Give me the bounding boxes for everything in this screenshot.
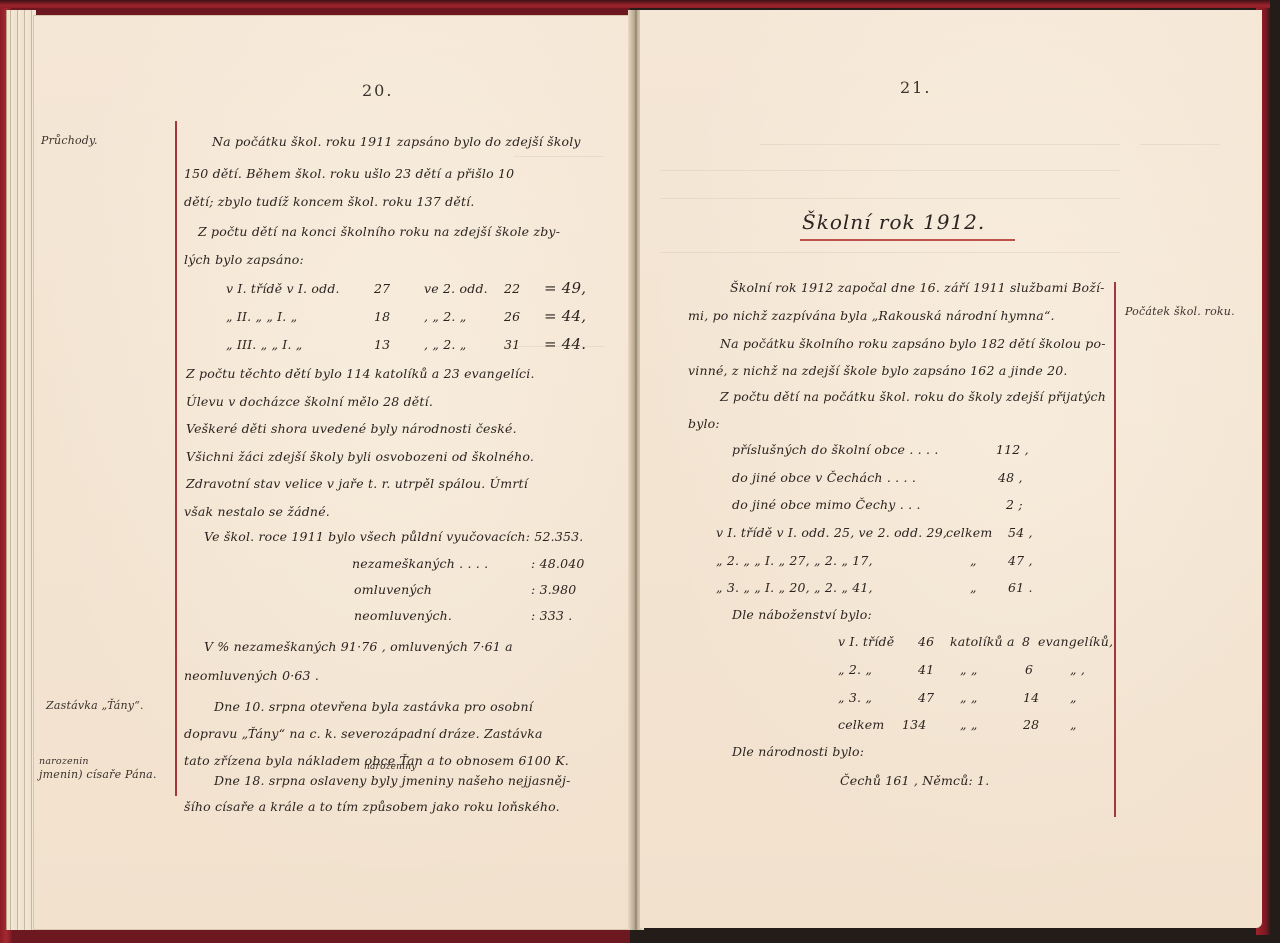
bleed-through: [1140, 144, 1220, 145]
table-cell: = 44.: [544, 335, 586, 353]
text-line: lých bylo zapsáno:: [184, 252, 304, 267]
religion-catholic-label: „ „: [960, 662, 978, 677]
religion-evangelic-label: „: [1070, 717, 1077, 732]
margin-note: Průchody.: [41, 134, 98, 147]
margin-note: jmenin) císaře Pána.: [39, 768, 157, 781]
religion-evangelic-label: „: [1070, 690, 1077, 705]
class-row-label: v I. třídě v I. odd. 25, ve 2. odd. 29,: [716, 525, 947, 540]
attendance-value: : 48.040: [531, 556, 585, 571]
margin-note: Zastávka „Ťány“.: [46, 699, 144, 712]
origin-label: do jiné obce v Čechách . . . .: [732, 470, 916, 485]
origin-label: do jiné obce mimo Čechy . . .: [732, 497, 921, 512]
table-cell: „ II. „ „ I. „: [226, 309, 297, 324]
class-row-total: 54 ,: [1008, 525, 1033, 540]
table-cell: v I. třídě v I. odd.: [226, 281, 340, 296]
text-line: Ve škol. roce 1911 bylo všech půldní vyu…: [204, 529, 583, 544]
class-row-total-label: celkem: [946, 525, 992, 540]
origin-label: příslušných do školní obce . . . .: [732, 442, 939, 457]
text-line: dětí; zbylo tudíž koncem škol. roku 137 …: [184, 194, 475, 209]
text-line: dopravu „Ťány“ na c. k. severozápadní dr…: [184, 726, 543, 741]
right-page: 21. Školní rok 1912. Počátek škol. roku.…: [640, 10, 1262, 928]
page-number: 20.: [362, 81, 393, 100]
attendance-label: nezameškaných . . . .: [352, 556, 488, 571]
margin-note-correction: narozenin: [39, 756, 89, 767]
religion-catholic: 46: [918, 634, 934, 649]
class-row-label: „ 3. „ „ I. „ 20, „ 2. „ 41,: [716, 580, 873, 595]
religion-evangelic-label: „ ,: [1070, 662, 1085, 677]
religion-evangelic: 8: [1022, 634, 1030, 649]
text-line: Školní rok 1912 započal dne 16. září 191…: [730, 280, 1105, 295]
text-line: Dne 10. srpna otevřena byla zastávka pro…: [214, 699, 533, 714]
class-row-total: 47 ,: [1008, 553, 1033, 568]
book-cover-top: [0, 0, 1270, 8]
class-row-total-label: „: [970, 553, 977, 568]
table-cell: 18: [374, 309, 390, 324]
text-line: Na počátku školního roku zapsáno bylo 18…: [720, 336, 1106, 351]
religion-catholic: 41: [918, 662, 934, 677]
origin-value: 48 ,: [998, 470, 1023, 485]
bleed-through: [660, 198, 1120, 199]
table-cell: 26: [504, 309, 520, 324]
religion-label: „ 2. „: [838, 662, 872, 677]
class-row-total-label: „: [970, 580, 977, 595]
text-line: Z počtu dětí na počátku škol. roku do šk…: [720, 389, 1106, 404]
table-cell: = 49,: [544, 279, 586, 297]
table-cell: , „ 2. „: [424, 309, 466, 324]
text-line: 150 dětí. Během škol. roku ušlo 23 dětí …: [184, 166, 514, 181]
text-line: bylo:: [688, 416, 720, 431]
table-cell: 22: [504, 281, 520, 296]
religion-catholic: 47: [918, 690, 934, 705]
class-row-label: „ 2. „ „ I. „ 27, „ 2. „ 17,: [716, 553, 873, 568]
religion-catholic-label: „ „: [960, 690, 978, 705]
bleed-through: [760, 144, 1120, 145]
text-line: však nestalo se žádné.: [184, 504, 330, 519]
margin-rule: [1114, 282, 1116, 817]
text-line: Úlevu v docházce školní mělo 28 dětí.: [186, 394, 433, 409]
attendance-label: omluvených: [354, 582, 432, 597]
text-line: Na počátku škol. roku 1911 zapsáno bylo …: [184, 134, 581, 149]
text-line: mi, po nichž zazpívána byla „Rakouská ná…: [688, 308, 1055, 323]
table-cell: ve 2. odd.: [424, 281, 488, 296]
table-cell: , „ 2. „: [424, 337, 466, 352]
bleed-through: [514, 156, 604, 157]
text-line: šího císaře a krále a to tím způsobem ja…: [184, 799, 560, 814]
table-cell: = 44,: [544, 307, 586, 325]
text-line: Veškeré děti shora uvedené byly národnos…: [186, 421, 517, 436]
bleed-through: [660, 252, 1120, 253]
religion-heading: Dle náboženství bylo:: [732, 607, 872, 622]
text-line: Zdravotní stav velice v jaře t. r. utrpě…: [186, 476, 528, 491]
religion-label: „ 3. „: [838, 690, 872, 705]
text-line: Všichni žáci zdejší školy byli osvobozen…: [186, 449, 534, 464]
bleed-through: [660, 170, 1120, 171]
nationality-heading: Dle národnosti bylo:: [732, 744, 864, 759]
table-cell: „ III. „ „ I. „: [226, 337, 302, 352]
attendance-value: : 3.980: [531, 582, 576, 597]
margin-rule: [175, 121, 177, 796]
table-cell: 27: [374, 281, 390, 296]
religion-evangelic: 6: [1025, 662, 1033, 677]
origin-value: 2 ;: [1006, 497, 1023, 512]
religion-label: celkem: [838, 717, 884, 732]
attendance-label: neomluvených.: [354, 608, 452, 623]
section-heading: Školní rok 1912.: [802, 210, 985, 234]
margin-note: Počátek škol. roku.: [1125, 305, 1235, 318]
nationality-line: Čechů 161 , Němců: 1.: [840, 773, 989, 788]
religion-evangelic-label: evangelíků,: [1038, 634, 1113, 649]
book-scan: 20. Průchody. Zastávka „Ťány“. narozenin…: [0, 0, 1280, 943]
table-cell: 31: [504, 337, 520, 352]
page-stack-edge: [6, 10, 36, 930]
religion-label: v I. třídě: [838, 634, 894, 649]
religion-evangelic: 14: [1023, 690, 1039, 705]
religion-catholic-label: „ „: [960, 717, 978, 732]
interlinear-correction: narozeniny: [364, 762, 417, 772]
origin-value: 112 ,: [996, 442, 1029, 457]
heading-underline: [800, 239, 1015, 241]
left-page: 20. Průchody. Zastávka „Ťány“. narozenin…: [33, 15, 633, 930]
text-line: Z počtu dětí na konci školního roku na z…: [184, 224, 560, 239]
religion-evangelic: 28: [1023, 717, 1039, 732]
table-cell: 13: [374, 337, 390, 352]
religion-catholic: 134: [902, 717, 926, 732]
attendance-value: : 333 .: [531, 608, 572, 623]
text-line: vinné, z nichž na zdejší škole bylo zaps…: [688, 363, 1068, 378]
religion-catholic-label: katolíků a: [950, 634, 1015, 649]
text-line: Dne 18. srpna oslaveny byly jmeniny naše…: [214, 773, 571, 788]
text-line: neomluvených 0·63 .: [184, 668, 319, 683]
text-line: V % nezameškaných 91·76 , omluvených 7·6…: [204, 639, 513, 654]
page-number: 21.: [900, 78, 931, 97]
text-line: Z počtu těchto dětí bylo 114 katolíků a …: [186, 366, 535, 381]
class-row-total: 61 .: [1008, 580, 1033, 595]
